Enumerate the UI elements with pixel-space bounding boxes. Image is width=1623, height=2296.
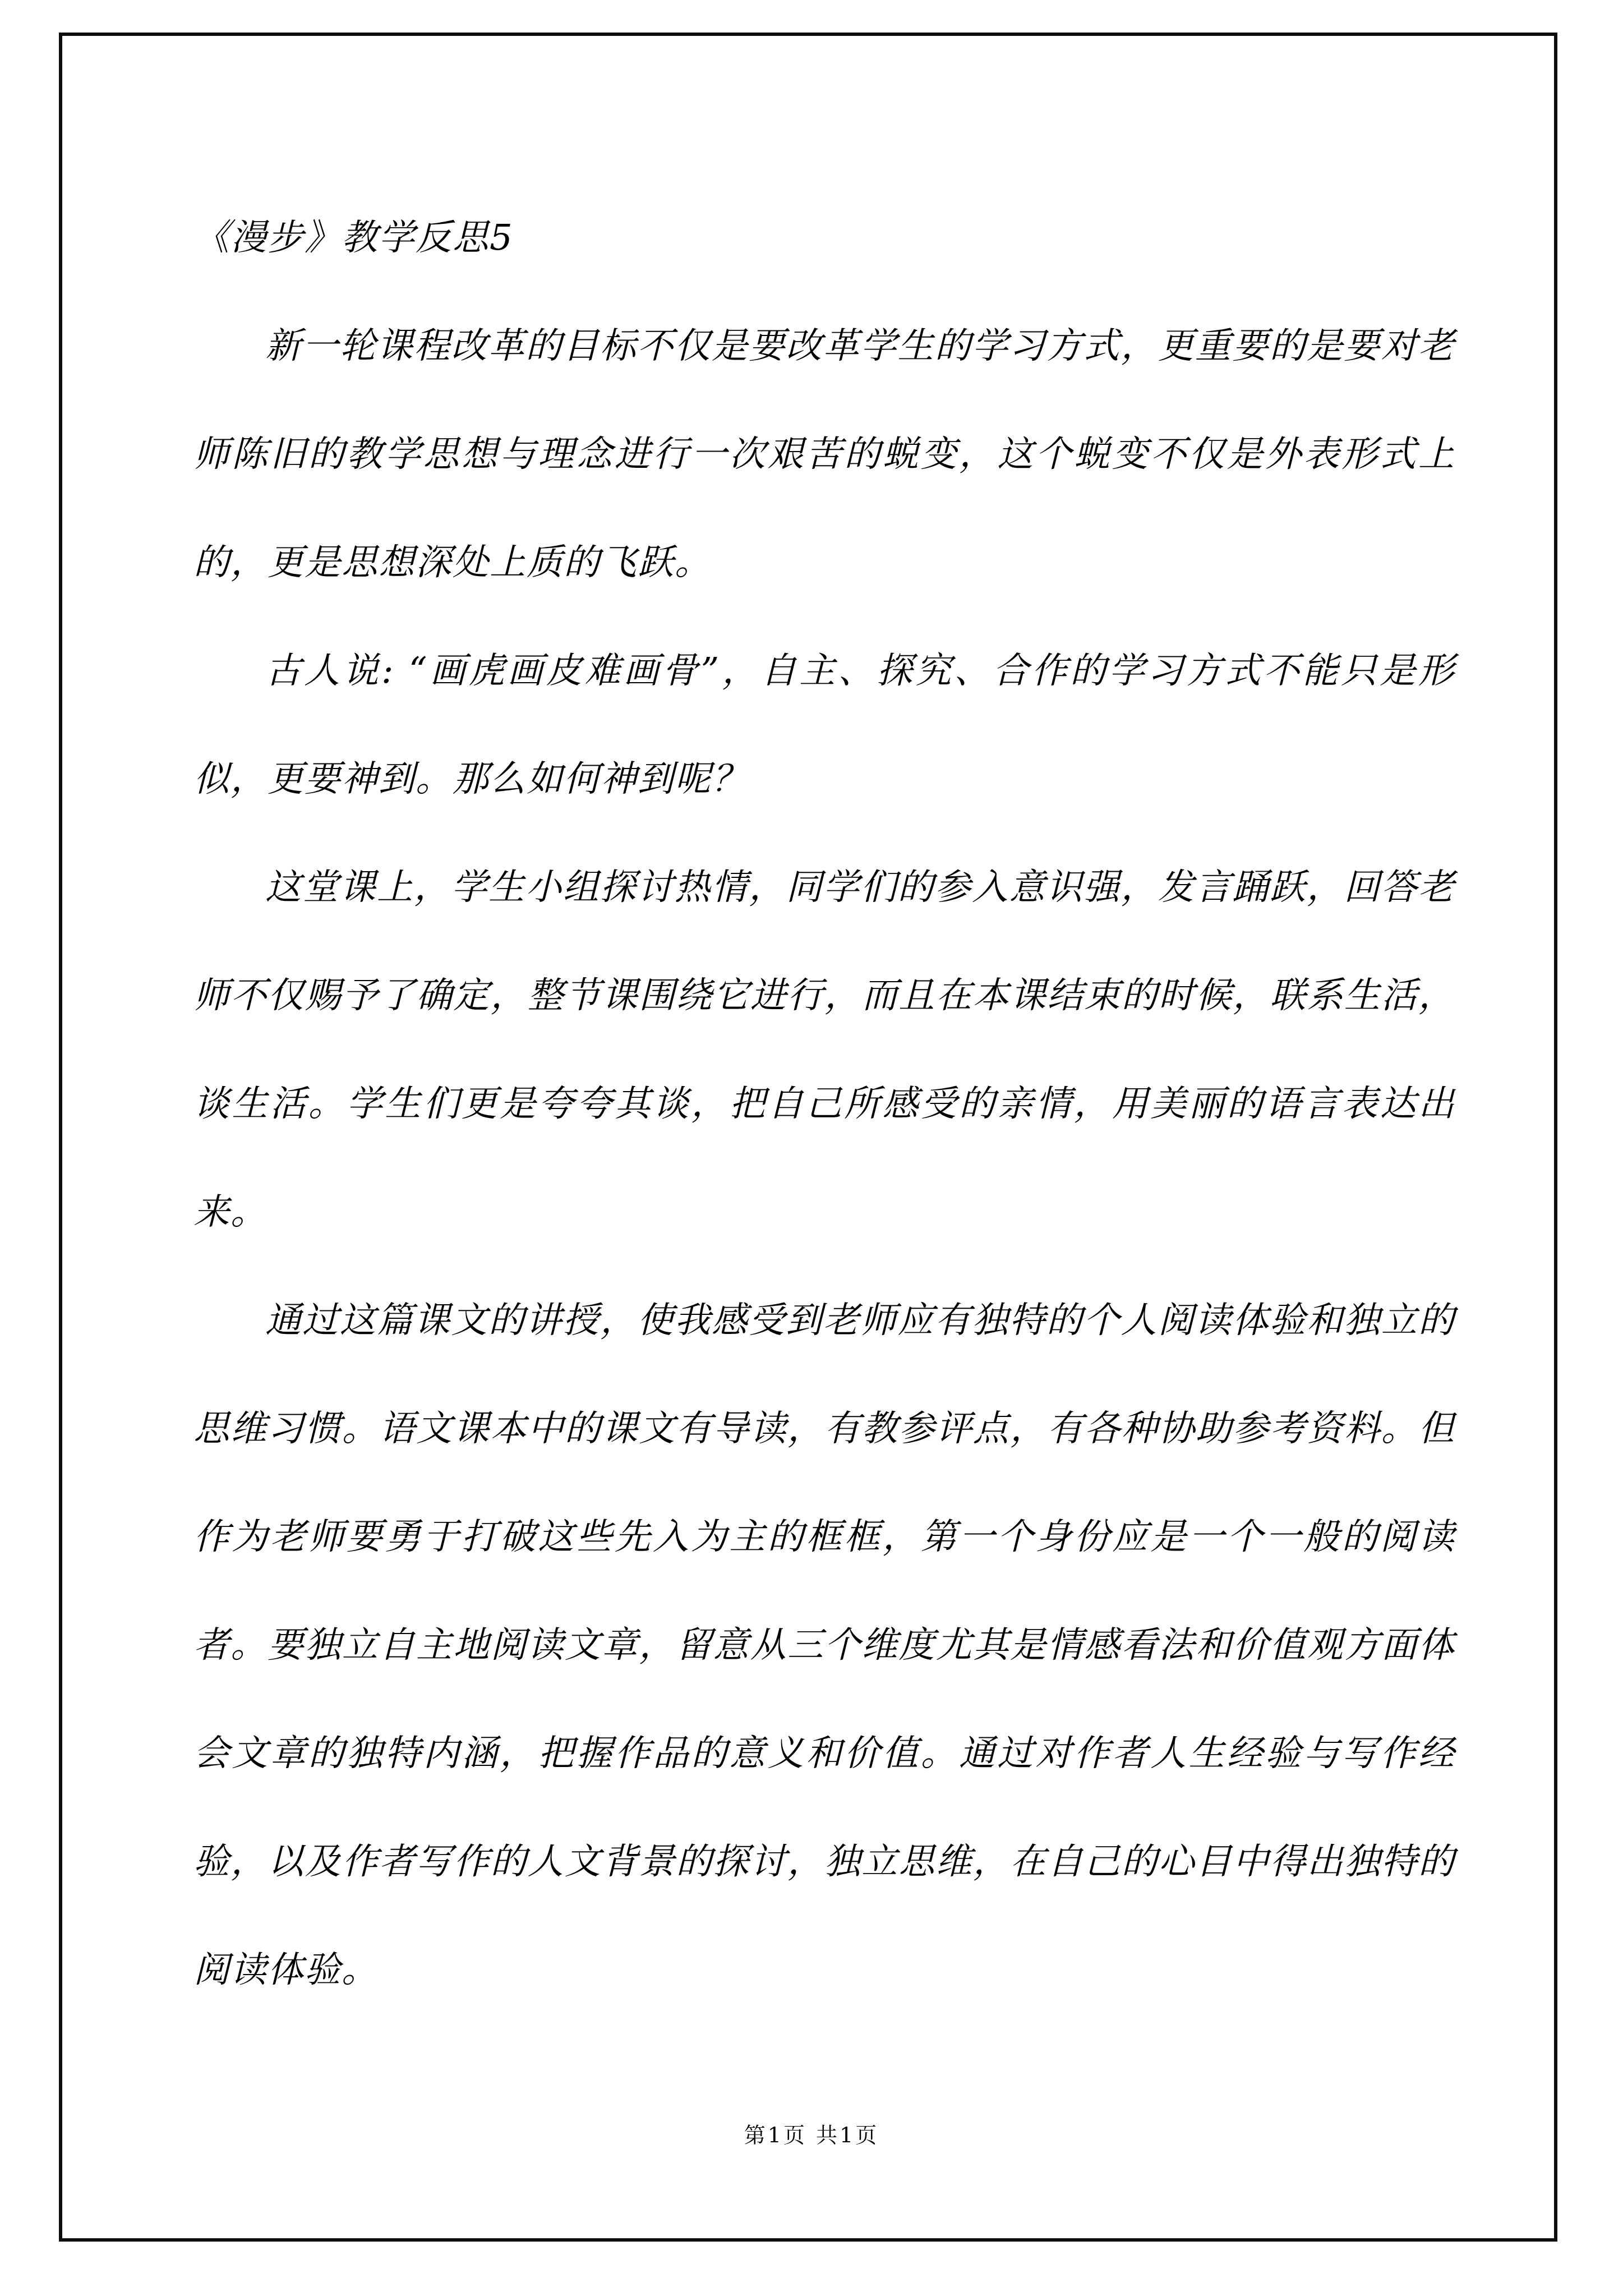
paragraph-4: 通过这篇课文的讲授，使我感受到老师应有独特的个人阅读体验和独立的思维习惯。语文课… bbox=[193, 1267, 1455, 2024]
document-title: 《漫步》教学反思5 bbox=[193, 184, 1455, 292]
paragraph-2: 古人说: “画虎画皮难画骨”，自主、探究、合作的学习方式不能只是形似，更要神到。… bbox=[193, 617, 1455, 834]
paragraph-3: 这堂课上，学生小组探讨热情，同学们的参入意识强，发言踊跃，回答老师不仅赐予了确定… bbox=[193, 834, 1455, 1267]
page-number-footer: 第1页 共1页 bbox=[0, 2122, 1623, 2148]
document-body: 《漫步》教学反思5 新一轮课程改革的目标不仅是要改革学生的学习方式，更重要的是要… bbox=[193, 184, 1455, 2024]
paragraph-1: 新一轮课程改革的目标不仅是要改革学生的学习方式，更重要的是要对老师陈旧的教学思想… bbox=[193, 292, 1455, 617]
document-page: 《漫步》教学反思5 新一轮课程改革的目标不仅是要改革学生的学习方式，更重要的是要… bbox=[0, 0, 1623, 2296]
